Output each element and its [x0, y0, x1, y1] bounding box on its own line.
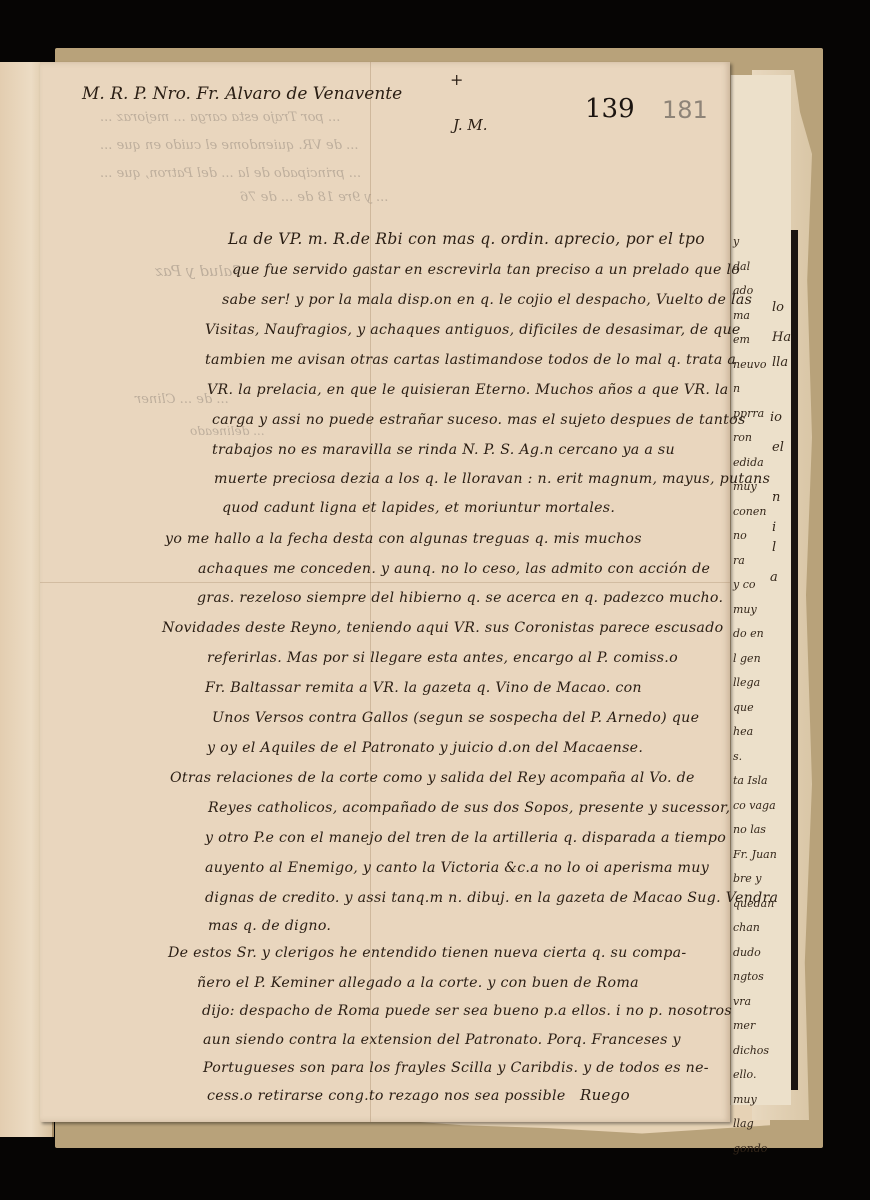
address-line: M. R. P. Nro. Fr. Alvaro de Venavente: [82, 84, 402, 104]
manuscript-line: y oy el Aquiles de el Patronato y juicio…: [207, 740, 643, 756]
right-stack-fragment: ra: [733, 554, 745, 567]
manuscript-line: muerte preciosa dezia a los q. le llorav…: [214, 471, 770, 487]
cross-mark: +: [450, 70, 463, 89]
manuscript-line: De estos Sr. y clerigos he entendido tie…: [168, 945, 686, 961]
right-stack-fragment: Fr. Juan: [733, 848, 777, 861]
right-stack-fragment: s.: [733, 750, 742, 763]
right-stack-fragment: lo: [772, 300, 784, 315]
right-page-stack-inner: ydaladomaemneuvonpprraronedidamuyconenno…: [730, 75, 791, 1105]
manuscript-line: y otro P.e con el manejo del tren de la …: [205, 830, 726, 846]
folio-number-pencil: 181: [662, 96, 708, 124]
manuscript-line: referirlas. Mas por si llegare esta ante…: [207, 650, 678, 666]
manuscript-line: ñero el P. Keminer allegado a la corte. …: [197, 975, 639, 991]
manuscript-line: Novidades deste Reyno, teniendo aqui VR.…: [162, 620, 723, 636]
manuscript-line: carga y assi no puede estrañar suceso. m…: [212, 412, 746, 428]
right-stack-fragment: n: [733, 382, 740, 395]
manuscript-line: La de VP. m. R.de Rbi con mas q. ordin. …: [228, 230, 705, 248]
manuscript-line: Reyes catholicos, acompañado de sus dos …: [208, 800, 730, 816]
right-stack-fragment: l gen: [733, 652, 761, 665]
manuscript-line: Fr. Baltassar remita a VR. la gazeta q. …: [205, 680, 642, 696]
right-stack-fragment: hea: [733, 725, 753, 738]
manuscript-line: Otras relaciones de la corte como y sali…: [170, 770, 695, 786]
invocation: J. M.: [453, 116, 488, 134]
right-stack-fragment: ron: [733, 431, 752, 444]
right-stack-fragment: lla: [772, 355, 788, 370]
right-stack-fragment: Ha: [772, 330, 791, 345]
manuscript-line: dignas de credito. y assi tanq.m n. dibu…: [205, 890, 778, 906]
right-stack-fragment: io: [770, 410, 782, 425]
right-stack-fragment: dichos: [733, 1044, 769, 1057]
right-stack-fragment: conen: [733, 505, 766, 518]
manuscript-page: M. R. P. Nro. Fr. Alvaro de Venavente + …: [40, 62, 730, 1122]
folio-number-ink: 139: [585, 94, 635, 124]
right-stack-fragment: ngtos: [733, 970, 764, 983]
manuscript-line: Unos Versos contra Gallos (segun se sosp…: [212, 710, 699, 726]
right-stack-fragment: no: [733, 529, 747, 542]
right-stack-fragment: edida: [733, 456, 764, 469]
right-stack-fragment: que: [733, 701, 754, 714]
manuscript-line: que fue servido gastar en escrevirla tan…: [232, 262, 740, 278]
manuscript-line: cess.o retirarse cong.to rezago nos sea …: [207, 1088, 566, 1104]
manuscript-line: gras. rezeloso siempre del hibierno q. s…: [197, 590, 723, 606]
manuscript-line: aun siendo contra la extension del Patro…: [203, 1032, 681, 1048]
manuscript-line: Ruego: [580, 1086, 630, 1104]
right-stack-fragment: bre y: [733, 872, 762, 885]
manuscript-line: quod cadunt ligna et lapides, et moriunt…: [222, 500, 615, 516]
manuscript-line: mas q. de digno.: [208, 918, 331, 934]
fold-crease-horizontal: [40, 582, 730, 583]
right-stack-fragment: ello.: [733, 1068, 756, 1081]
manuscript-line: VR. la prelacia, en que le quisieran Ete…: [207, 382, 729, 398]
bleedthrough-line: ... de VR. quiendome el cuido en que ...: [100, 138, 359, 153]
right-stack-fragment: vra: [733, 995, 751, 1008]
manuscript-line: auyento al Enemigo, y canto la Victoria …: [205, 860, 709, 876]
right-stack-fragment: muy: [733, 1093, 757, 1106]
right-stack-fragment: llag: [733, 1117, 754, 1130]
right-stack-fragment: dudo: [733, 946, 761, 959]
manuscript-line: trabajos no es maravilla se rinda N. P. …: [212, 442, 675, 458]
right-stack-fragment: y co: [733, 578, 756, 591]
right-stack-fragment: neuvo: [733, 358, 767, 371]
right-stack-fragment: y: [733, 235, 739, 248]
manuscript-line: yo me hallo a la fecha desta con algunas…: [165, 531, 642, 547]
right-stack-fragment: co vaga: [733, 799, 776, 812]
manuscript-line: Visitas, Naufragios, y achaques antiguos…: [205, 322, 741, 338]
bleedthrough-line: ... por Trajo esta carga ... mejoraz ...: [100, 110, 340, 125]
manuscript-line: Portugueses son para los frayles Scilla …: [203, 1060, 709, 1076]
right-stack-fragment: muy: [733, 603, 757, 616]
manuscript-line: sabe ser! y por la mala disp.on en q. le…: [222, 292, 752, 308]
bleedthrough-line: ... y 9re 18 de ... de 76: [240, 190, 388, 205]
manuscript-line: dijo: despacho de Roma puede ser sea bue…: [202, 1003, 732, 1019]
right-stack-fragment: i: [772, 520, 776, 535]
right-stack-fragment: a: [770, 570, 778, 585]
manuscript-line: tambien me avisan otras cartas lastimand…: [205, 352, 736, 368]
bleedthrough-line: Salud y Paz: [155, 262, 243, 280]
right-stack-fragment: el: [772, 440, 784, 455]
manuscript-line: achaques me conceden. y aunq. no lo ceso…: [198, 561, 710, 577]
page-stack-shadow: [790, 230, 798, 1090]
right-stack-fragment: n: [772, 490, 780, 505]
right-stack-fragment: ma: [733, 309, 750, 322]
right-stack-fragment: ta Isla: [733, 774, 768, 787]
right-stack-fragment: no las: [733, 823, 766, 836]
right-stack-fragment: llega: [733, 676, 760, 689]
bleedthrough-line: ... principado de la ... del Patron, que…: [100, 166, 361, 181]
right-stack-fragment: mer: [733, 1019, 755, 1032]
right-stack-fragment: gondo: [733, 1142, 767, 1155]
right-stack-fragment: l: [772, 540, 776, 555]
right-stack-fragment: do en: [733, 627, 764, 640]
right-stack-fragment: chan: [733, 921, 760, 934]
